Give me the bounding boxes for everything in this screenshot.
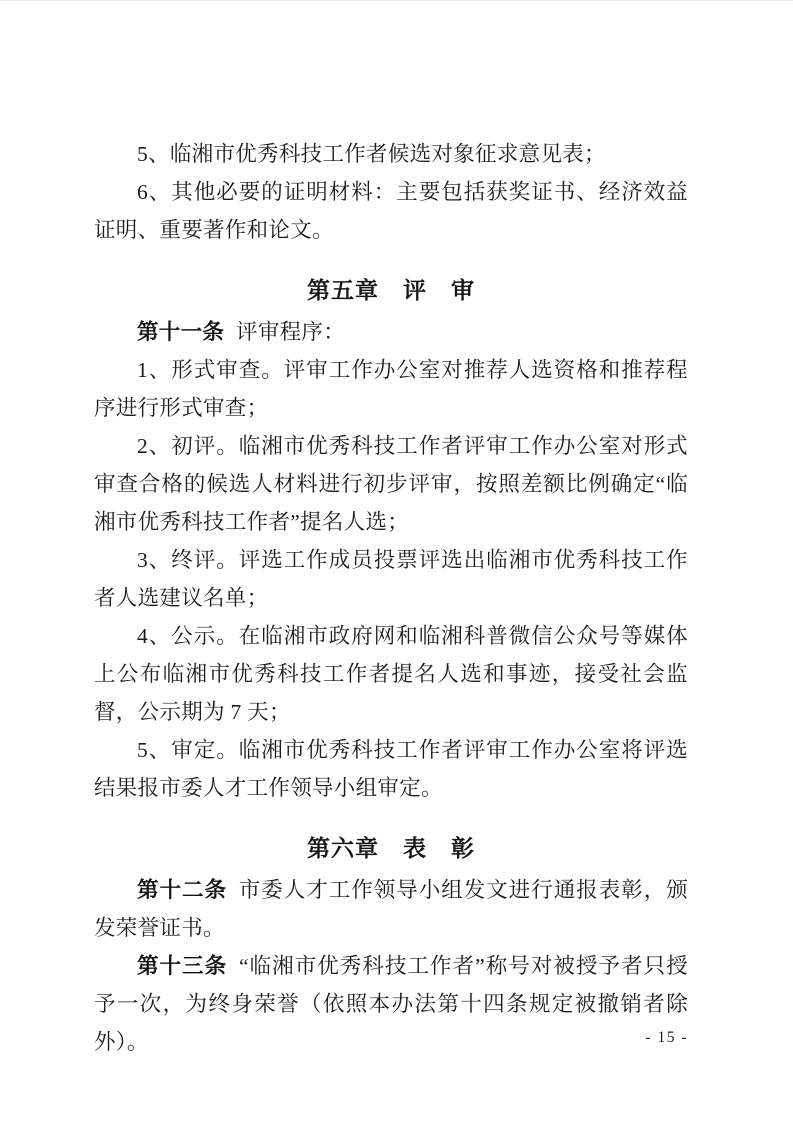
paragraph-review-step-4: 4、公示。在临湘市政府网和临湘科普微信公众号等媒体上公布临湘市优秀科技工作者提名… — [94, 617, 688, 731]
page-number: - 15 - — [645, 1029, 688, 1047]
article-12-paragraph: 第十二条市委人才工作领导小组发文进行通报表彰，颁发荣誉证书。 — [94, 871, 688, 947]
document-page: 5、临湘市优秀科技工作者候选对象征求意见表； 6、其他必要的证明材料：主要包括获… — [0, 0, 793, 1122]
chapter-heading-5: 第五章 评 审 — [94, 275, 688, 305]
article-11-paragraph: 第十一条评审程序： — [94, 313, 688, 351]
paragraph-item-5: 5、临湘市优秀科技工作者候选对象征求意见表； — [94, 135, 688, 173]
chapter-heading-6: 第六章 表 彰 — [94, 833, 688, 863]
paragraph-review-step-5: 5、审定。临湘市优秀科技工作者评审工作办公室将评选结果报市委人才工作领导小组审定… — [94, 731, 688, 807]
paragraph-review-step-1: 1、形式审查。评审工作办公室对推荐人选资格和推荐程序进行形式审查； — [94, 351, 688, 427]
paragraph-review-step-3: 3、终评。评选工作成员投票评选出临湘市优秀科技工作者人选建议名单； — [94, 541, 688, 617]
article-13-paragraph: 第十三条“临湘市优秀科技工作者”称号对被授予者只授予一次，为终身荣誉（依照本办法… — [94, 947, 688, 1061]
paragraph-item-6: 6、其他必要的证明材料：主要包括获奖证书、经济效益证明、重要著作和论文。 — [94, 173, 688, 249]
paragraph-review-step-2: 2、初评。临湘市优秀科技工作者评审工作办公室对形式审查合格的候选人材料进行初步评… — [94, 427, 688, 541]
article-13-number: 第十三条 — [137, 954, 227, 978]
article-11-text: 评审程序： — [236, 320, 345, 344]
article-12-number: 第十二条 — [137, 878, 227, 902]
document-body: 5、临湘市优秀科技工作者候选对象征求意见表； 6、其他必要的证明材料：主要包括获… — [94, 135, 688, 1061]
article-11-number: 第十一条 — [137, 320, 224, 344]
